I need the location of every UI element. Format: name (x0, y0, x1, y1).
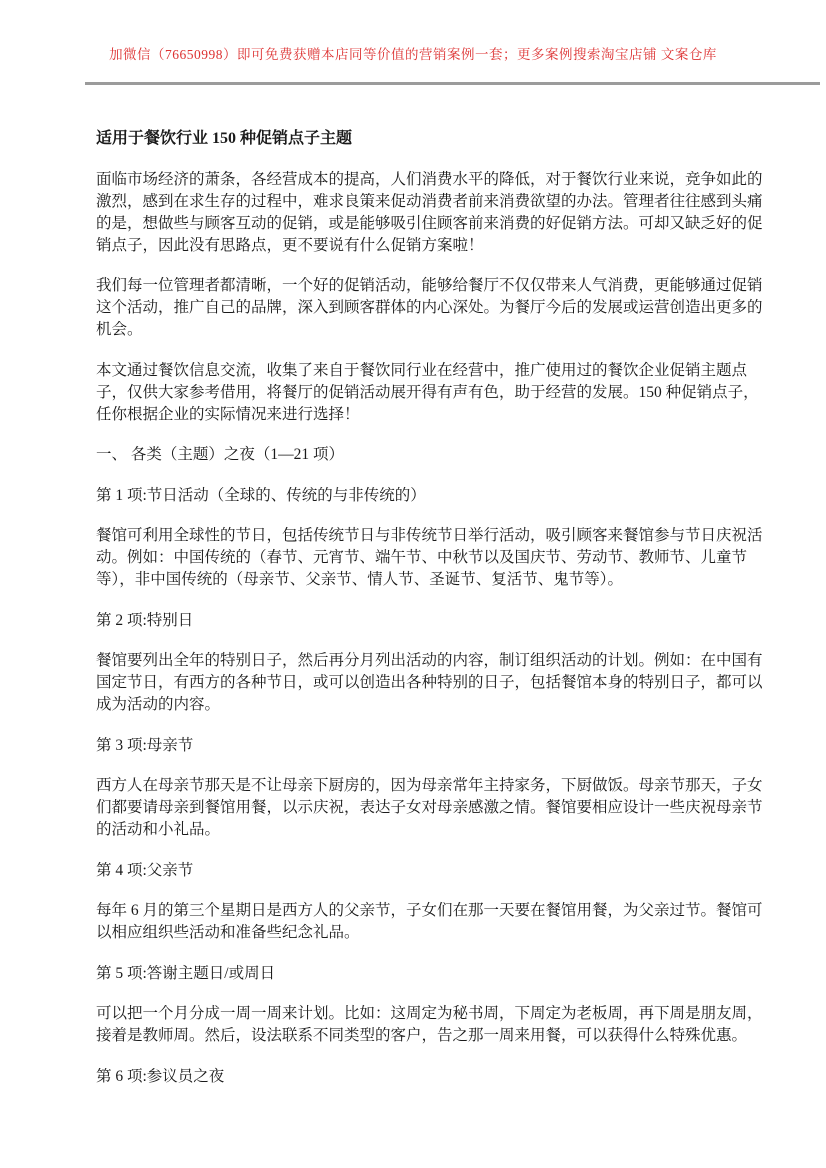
document-page: 加微信（76650998）即可免费获赠本店同等价值的营销案例一套；更多案例搜索淘… (0, 0, 826, 1168)
document-title: 适用于餐饮行业 150 种促销点子主题 (96, 128, 768, 150)
paragraph: 面临市场经济的萧条，各经营成本的提高，人们消费水平的降低，对于餐饮行业来说，竞争… (96, 169, 768, 257)
item-heading: 第 3 项:母亲节 (96, 735, 768, 757)
item-heading: 第 6 项:参议员之夜 (96, 1066, 768, 1088)
document-body: 适用于餐饮行业 150 种促销点子主题 面临市场经济的萧条，各经营成本的提高，人… (96, 128, 768, 1088)
header-divider (85, 82, 820, 85)
paragraph: 西方人在母亲节那天是不让母亲下厨房的，因为母亲常年主持家务，下厨做饭。母亲节那天… (96, 775, 768, 841)
paragraph: 餐馆可利用全球性的节日，包括传统节日与非传统节日举行活动，吸引顾客来餐馆参与节日… (96, 525, 768, 591)
paragraph: 每年 6 月的第三个星期日是西方人的父亲节，子女们在那一天要在餐馆用餐，为父亲过… (96, 900, 768, 944)
item-heading: 第 1 项:节日活动（全球的、传统的与非传统的） (96, 485, 768, 507)
paragraph: 餐馆要列出全年的特别日子，然后再分月列出活动的内容，制订组织活动的计划。例如：在… (96, 650, 768, 716)
item-heading: 第 4 项:父亲节 (96, 860, 768, 882)
item-heading: 第 5 项:答谢主题日/或周日 (96, 963, 768, 985)
document-blocks: 面临市场经济的萧条，各经营成本的提高，人们消费水平的降低，对于餐饮行业来说，竞争… (96, 169, 768, 1088)
paragraph: 可以把一个月分成一周一周来计划。比如：这周定为秘书周，下周定为老板周，再下周是朋… (96, 1003, 768, 1047)
paragraph: 我们每一位管理者都清晰，一个好的促销活动，能够给餐厅不仅仅带来人气消费，更能够通… (96, 275, 768, 341)
section-heading: 一、 各类（主题）之夜（1—21 项） (96, 444, 768, 466)
item-heading: 第 2 项:特别日 (96, 610, 768, 632)
header-promo-text: 加微信（76650998）即可免费获赠本店同等价值的营销案例一套；更多案例搜索淘… (0, 0, 826, 63)
paragraph: 本文通过餐饮信息交流，收集了来自于餐饮同行业在经营中，推广使用过的餐饮企业促销主… (96, 360, 768, 426)
